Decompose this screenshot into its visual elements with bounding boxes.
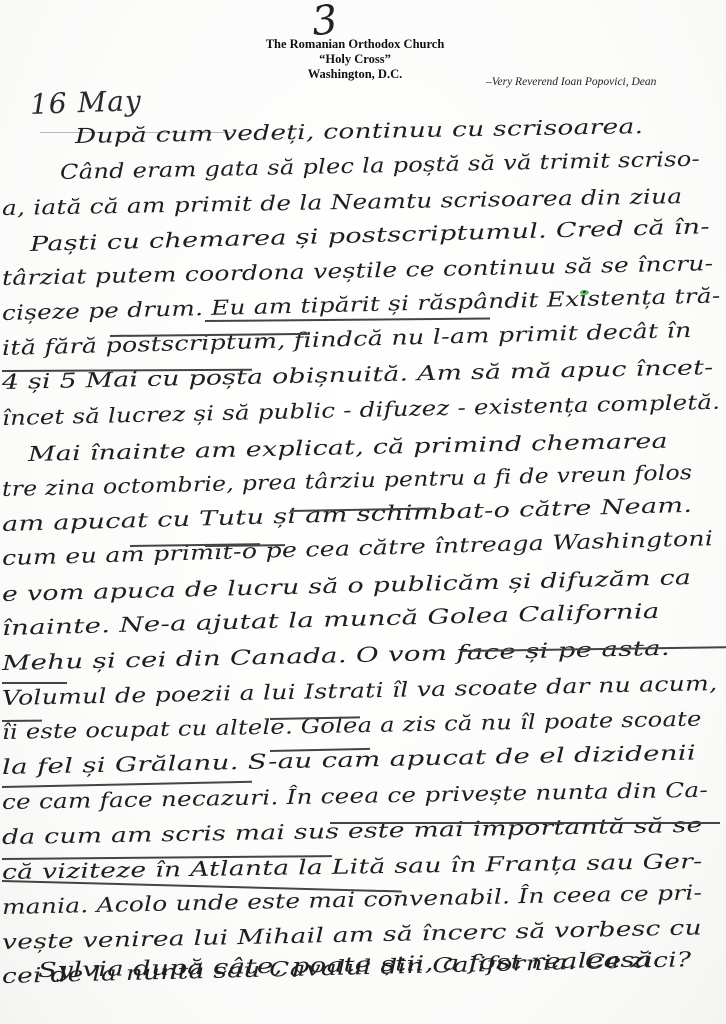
handwritten-line: înainte. Ne-a ajutat la muncă Golea Cali…	[2, 599, 660, 640]
handwritten-line: Volumul de poezii a lui Istrati îl va sc…	[2, 671, 718, 710]
handwritten-line: După cum vedeți, continuu cu scrisoarea.	[75, 114, 644, 148]
handwritten-line: Când eram gata să plec la poștă să vă tr…	[60, 147, 700, 184]
handwritten-line: târziat putem coordona veștile ce contin…	[2, 251, 714, 290]
handwritten-line: Mehu și cei din Canada. O vom face și pe…	[2, 636, 670, 675]
pen-underline	[2, 720, 42, 722]
handwritten-line: Mai înainte am explicat, că primind chem…	[28, 429, 668, 466]
handwritten-line: Paști cu chemarea și postscriptumul. Cre…	[30, 214, 710, 256]
letter-page: 3 The Romanian Orthodox Church “Holy Cro…	[0, 0, 726, 1024]
handwritten-line: da cum am scris mai sus este mai importa…	[2, 813, 703, 849]
letterhead-church-name: The Romanian Orthodox Church	[240, 37, 470, 52]
handwritten-line: mania. Acolo unde este mai convenabil. Î…	[2, 880, 703, 919]
letterhead: The Romanian Orthodox Church “Holy Cross…	[240, 37, 470, 82]
pen-underline	[2, 682, 67, 684]
handwritten-line: că viziteze în Atlanta la Lită sau în Fr…	[2, 849, 703, 884]
handwritten-line: la fel și Grălanu. S-au cam apucat de el…	[2, 740, 697, 779]
handwritten-line: încet să lucrez și să public - difuzez -…	[2, 390, 721, 430]
letterhead-parish-name: “Holy Cross”	[240, 52, 470, 67]
pen-underline	[330, 822, 720, 824]
letterhead-city: Washington, D.C.	[240, 67, 470, 82]
handwritten-line: ită fără postscriptum, fiindcă nu l-am p…	[2, 318, 692, 360]
letter-date: 16 May	[29, 84, 142, 121]
handwritten-line: a, iată că am primit de la Neamtu scriso…	[2, 184, 683, 220]
letterhead-dean: –Very Reverend Ioan Popovici, Dean	[486, 76, 656, 88]
handwritten-line: îi este ocupat cu altele. Golea a zis că…	[2, 707, 702, 744]
handwritten-line: 4 și 5 Mai cu poșta obișnuită. Am să mă …	[2, 355, 714, 394]
